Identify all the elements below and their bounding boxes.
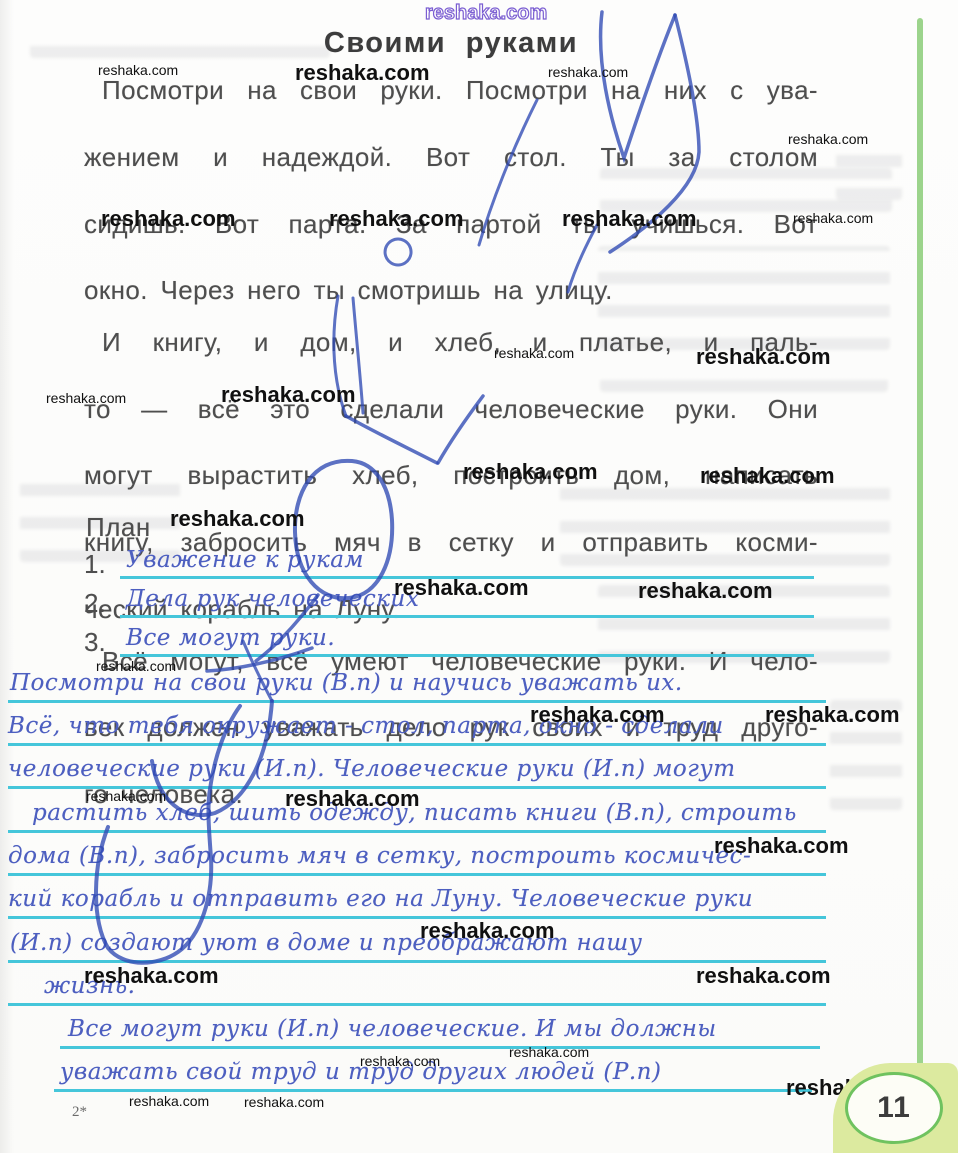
- plan-item-number: 1.: [84, 549, 120, 579]
- handwritten-line: Посмотри на свои руки (В.п) и научись ув…: [8, 663, 826, 703]
- plan-heading: План: [86, 512, 151, 543]
- printed-line: могут вырастить хлеб, построить дом, нап…: [84, 459, 818, 526]
- printers-signature-mark: 2*: [72, 1104, 87, 1121]
- handwritten-line: человеческие руки (И.п). Человеческие ру…: [8, 749, 826, 789]
- handwriting-text: Посмотри на свои руки (В.п) и научись ув…: [8, 666, 683, 700]
- handwritten-line: уважать свой труд и труд других людей (Р…: [54, 1052, 812, 1092]
- handwritten-line: растить хлеб, шить одежду, писать книги …: [8, 793, 826, 833]
- plan-item-2: 2. Дела рук человеческих: [84, 581, 814, 618]
- handwritten-line: жизнь.: [8, 966, 826, 1006]
- handwriting-text: человеческие руки (И.п). Человеческие ру…: [8, 752, 736, 786]
- plan-item-3: 3. Все могут руки.: [84, 620, 814, 657]
- handwriting-text: Всё, что тебя окружает - стол, парта, ок…: [8, 709, 724, 743]
- plan-answer-blank: Дела рук человеческих: [120, 584, 814, 618]
- handwriting-text: жизнь.: [8, 969, 136, 1003]
- page-number: 11: [877, 1091, 911, 1125]
- bleedthrough-text: [830, 700, 902, 810]
- plan-item-number: 3.: [84, 627, 120, 657]
- printed-line: И книгу, и дом, и хлеб, и платье, и паль…: [84, 326, 818, 393]
- workbook-page-scan: Своими руками Посмотри на свои руки. Пос…: [0, 0, 958, 1153]
- handwriting-text: (И.п) создают уют в доме и преображают н…: [8, 926, 643, 960]
- handwritten-line: Все могут руки (И.п) человеческие. И мы …: [60, 1009, 820, 1049]
- handwritten-line: кий корабль и отправить его на Луну. Чел…: [8, 879, 826, 919]
- plan-item-number: 2.: [84, 588, 120, 618]
- printed-line: сидишь. Вот парта. За партой ты учишься.…: [84, 208, 818, 275]
- plan-item-1: 1. Уважение к рукам: [84, 542, 814, 579]
- handwriting-text: растить хлеб, шить одежду, писать книги …: [8, 796, 797, 830]
- handwriting-text: кий корабль и отправить его на Луну. Чел…: [8, 882, 753, 916]
- page-edge-green-line: [917, 18, 923, 1078]
- bleedthrough-text: [836, 140, 902, 200]
- handwriting-text: дома (В.п), забросить мяч в сетку, постр…: [8, 839, 751, 873]
- page-title: Своими руками: [84, 26, 818, 60]
- watermark: reshaka.com: [244, 1094, 324, 1110]
- paragraph-1: Посмотри на свои руки. Посмотри на них с…: [84, 74, 818, 308]
- page-number-badge: 11: [845, 1072, 943, 1144]
- printed-line: жением и надеждой. Вот стол. Ты за столо…: [84, 141, 818, 208]
- handwriting-text: Все могут руки (И.п) человеческие. И мы …: [60, 1012, 717, 1046]
- handwriting-text: уважать свой труд и труд других людей (Р…: [54, 1055, 661, 1089]
- handwritten-line: (И.п) создают уют в доме и преображают н…: [8, 923, 826, 963]
- watermark: reshaka.com: [425, 2, 547, 25]
- handwritten-line: Всё, что тебя окружает - стол, парта, ок…: [8, 706, 826, 746]
- printed-line: Посмотри на свои руки. Посмотри на них с…: [84, 74, 818, 141]
- watermark: reshaka.com: [129, 1093, 209, 1109]
- printed-line: то — всё это сделали человеческие руки. …: [84, 393, 818, 460]
- printed-line: окно. Через него ты смотришь на улицу.: [84, 274, 818, 307]
- plan-answer-blank: Уважение к рукам: [120, 545, 814, 579]
- handwritten-line: дома (В.п), забросить мяч в сетку, постр…: [8, 836, 826, 876]
- plan-answer-blank: Все могут руки.: [120, 623, 814, 657]
